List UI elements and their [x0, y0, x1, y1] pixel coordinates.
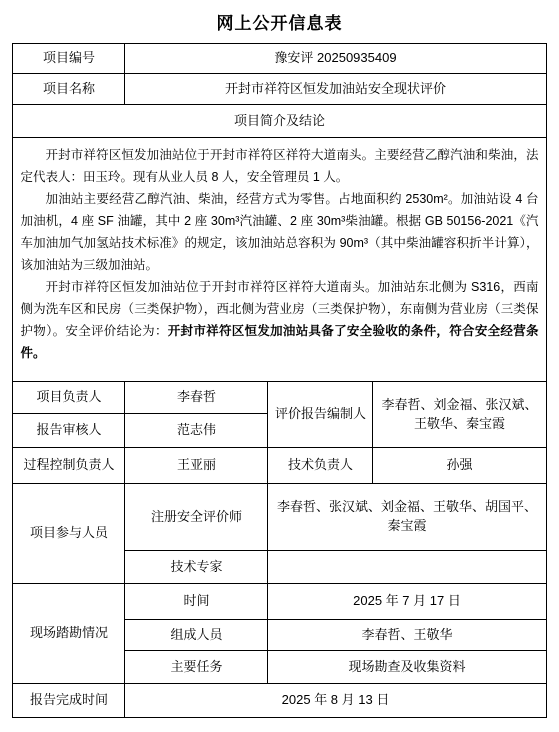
project-name-value: 开封市祥符区恒发加油站安全现状评价 [125, 74, 546, 105]
technical-leader-label: 技术负责人 [268, 448, 373, 484]
certified-assessors-value: 李春哲、张汉斌、刘金福、王敬华、胡国平、秦宝霞 [268, 484, 546, 551]
summary-paragraph-1: 开封市祥符区恒发加油站位于开封市祥符区祥符大道南头。主要经营乙醇汽油和柴油，法定… [20, 144, 538, 188]
technical-experts-label: 技术专家 [125, 551, 268, 584]
report-reviewer-value: 范志伟 [125, 414, 268, 448]
summary-header-row: 项目简介及结论 [13, 105, 546, 138]
report-completion-value: 2025 年 8 月 13 日 [125, 684, 546, 718]
certified-assessors-row: 项目参与人员 注册安全评价师 李春哲、张汉斌、刘金福、王敬华、胡国平、秦宝霞 [13, 484, 546, 551]
process-controller-value: 王亚丽 [125, 448, 268, 484]
summary-paragraph-3: 开封市祥符区恒发加油站位于开封市祥符区祥符大道南头。加油站东北侧为 S316，西… [20, 276, 538, 364]
summary-header: 项目简介及结论 [13, 105, 546, 138]
public-info-table: 项目编号 豫安评 20250935409 项目名称 开封市祥符区恒发加油站安全现… [12, 43, 546, 718]
summary-content: 开封市祥符区恒发加油站位于开封市祥符区祥符大道南头。主要经营乙醇汽油和柴油，法定… [13, 138, 546, 382]
survey-members-label: 组成人员 [125, 620, 268, 651]
report-reviewer-label: 报告审核人 [13, 414, 125, 448]
project-number-label: 项目编号 [13, 44, 125, 74]
report-completion-label: 报告完成时间 [13, 684, 125, 718]
survey-time-row: 现场踏勘情况 时间 2025 年 7 月 17 日 [13, 584, 546, 620]
project-leader-label: 项目负责人 [13, 382, 125, 414]
project-number-value: 豫安评 20250935409 [125, 44, 546, 74]
project-name-label: 项目名称 [13, 74, 125, 105]
technical-leader-value: 孙强 [373, 448, 546, 484]
survey-time-value: 2025 年 7 月 17 日 [268, 584, 546, 620]
technical-experts-value [268, 551, 546, 584]
participants-label: 项目参与人员 [13, 484, 125, 584]
project-leader-value: 李春哲 [125, 382, 268, 414]
process-controller-label: 过程控制负责人 [13, 448, 125, 484]
survey-members-value: 李春哲、王敬华 [268, 620, 546, 651]
summary-paragraph-2: 加油站主要经营乙醇汽油、柴油，经营方式为零售。占地面积约 2530m²。加油站设… [20, 188, 538, 276]
project-leader-row: 项目负责人 李春哲 评价报告编制人 李春哲、刘金福、张汉斌、王敬华、秦宝霞 [13, 382, 546, 414]
certified-assessors-label: 注册安全评价师 [125, 484, 268, 551]
report-completion-row: 报告完成时间 2025 年 8 月 13 日 [13, 684, 546, 718]
project-number-row: 项目编号 豫安评 20250935409 [13, 44, 546, 74]
survey-task-value: 现场勘查及收集资料 [268, 651, 546, 684]
survey-task-label: 主要任务 [125, 651, 268, 684]
process-controller-row: 过程控制负责人 王亚丽 技术负责人 孙强 [13, 448, 546, 484]
report-compilers-value: 李春哲、刘金福、张汉斌、王敬华、秦宝霞 [373, 382, 546, 448]
project-name-row: 项目名称 开封市祥符区恒发加油站安全现状评价 [13, 74, 546, 105]
report-compilers-label: 评价报告编制人 [268, 382, 373, 448]
summary-content-row: 开封市祥符区恒发加油站位于开封市祥符区祥符大道南头。主要经营乙醇汽油和柴油，法定… [13, 138, 546, 382]
survey-time-label: 时间 [125, 584, 268, 620]
page-title: 网上公开信息表 [0, 0, 559, 43]
site-survey-label: 现场踏勘情况 [13, 584, 125, 684]
